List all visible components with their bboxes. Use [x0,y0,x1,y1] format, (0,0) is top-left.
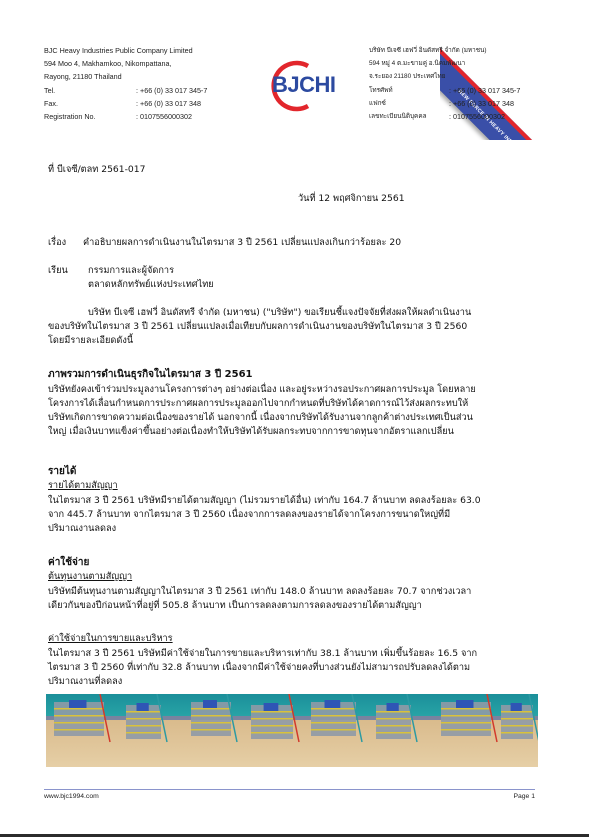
company-info-english: BJC Heavy Industries Public Company Limi… [44,44,207,123]
overview-line: บริษัทเกิดการขาดความต่อเนื่องของรายได้ น… [48,411,473,425]
intro-line: บริษัท บีเจซี เฮฟวี่ อินดัสทรี จำกัด (มห… [88,306,471,320]
company-name-th: บริษัท บีเจซี เฮฟวี่ อินดัสทรี จำกัด (มห… [369,44,520,57]
revenue-line: ปริมาณงานลดลง [48,522,116,536]
address-line-1-en: 594 Moo 4, Makhamkoo, Nikompattana, [44,57,207,70]
fax-row-en: Fax.: +66 (0) 33 017 348 [44,97,207,110]
revenue-subheading: รายได้ตามสัญญา [48,479,118,493]
cost-line: บริษัทมีต้นทุนงานตามสัญญาในไตรมาส 3 ปี 2… [48,585,471,599]
address-line-1-th: 594 หมู่ 4 ต.มะขามคู่ อ.นิคมพัฒนา [369,57,520,70]
sga-line: ปริมาณงานที่ลดลง [48,675,122,689]
cost-subheading: ต้นทุนงานตามสัญญา [48,570,132,584]
recipient-line-2: ตลาดหลักทรัพย์แห่งประเทศไทย [88,278,214,292]
overview-line: ใหญ่ เมื่อเงินบาทแข็งค่าขึ้นอย่างต่อเนื่… [48,425,454,439]
footer-website[interactable]: www.bjc1994.com [44,793,99,800]
revenue-line: จาก 445.7 ล้านบาท จากไตรมาส 3 ปี 2560 เน… [48,508,450,522]
subject-label: เรื่อง [48,236,66,250]
expense-heading: ค่าใช้จ่าย [48,556,89,570]
recipient-line-1: กรรมการและผู้จัดการ [88,264,174,278]
subject-text: คำอธิบายผลการดำเนินงานในไตรมาส 3 ปี 2561… [83,236,401,250]
revenue-line: ในไตรมาส 3 ปี 2561 บริษัทมีรายได้ตามสัญญ… [48,494,481,508]
recipient-label: เรียน [48,264,68,278]
footer-divider [44,789,535,790]
address-line-2-th: จ.ระยอง 21180 ประเทศไทย [369,70,520,83]
sga-subheading: ค่าใช้จ่ายในการขายและบริหาร [48,632,173,646]
revenue-heading: รายได้ [48,465,76,479]
fax-row-th: แฟกซ์: +66 (0) 33 017 348 [369,97,520,110]
footer-page-number: Page 1 [513,793,535,800]
intro-line: โดยมีรายละเอียดดังนี้ [48,334,133,348]
logo-text: BJCHI [272,72,336,98]
sga-line: ไตรมาส 3 ปี 2560 ที่เท่ากับ 32.8 ล้านบาท… [48,661,470,675]
overview-heading: ภาพรวมการดำเนินธุรกิจในไตรมาส 3 ปี 2561 [48,368,253,382]
address-line-2-en: Rayong, 21180 Thailand [44,70,207,83]
tel-row-en: Tel.: +66 (0) 33 017 345-7 [44,84,207,97]
registration-row-th: เลขทะเบียนนิติบุคคล: 0107556000302 [369,110,520,123]
overview-line: โครงการได้เลื่อนกำหนดการประกาศผลการประมู… [48,397,468,411]
company-name-en: BJC Heavy Industries Public Company Limi… [44,44,207,57]
intro-line: ของบริษัทในไตรมาส 3 ปี 2561 เปลี่ยนแปลงเ… [48,320,467,334]
sga-line: ในไตรมาส 3 ปี 2561 บริษัทมีค่าใช้จ่ายในก… [48,647,477,661]
reference-number: ที่ บีเจซี/ตลท 2561-017 [48,163,145,177]
overview-line: บริษัทยังคงเข้าร่วมประมูลงานโครงการต่างๆ… [48,383,476,397]
tel-row-th: โทรศัพท์: +66 (0) 33 017 345-7 [369,84,520,97]
letter-date: วันที่ 12 พฤศจิกายน 2561 [298,192,405,206]
bjchi-logo: BJCHI [262,58,338,114]
registration-row-en: Registration No.: 0107556000302 [44,110,207,123]
cost-line: เดียวกันของปีก่อนหน้าที่อยู่ที่ 505.8 ล้… [48,599,422,613]
fabrication-yard-photo [46,694,538,767]
company-info-thai: บริษัท บีเจซี เฮฟวี่ อินดัสทรี จำกัด (มห… [369,44,520,123]
